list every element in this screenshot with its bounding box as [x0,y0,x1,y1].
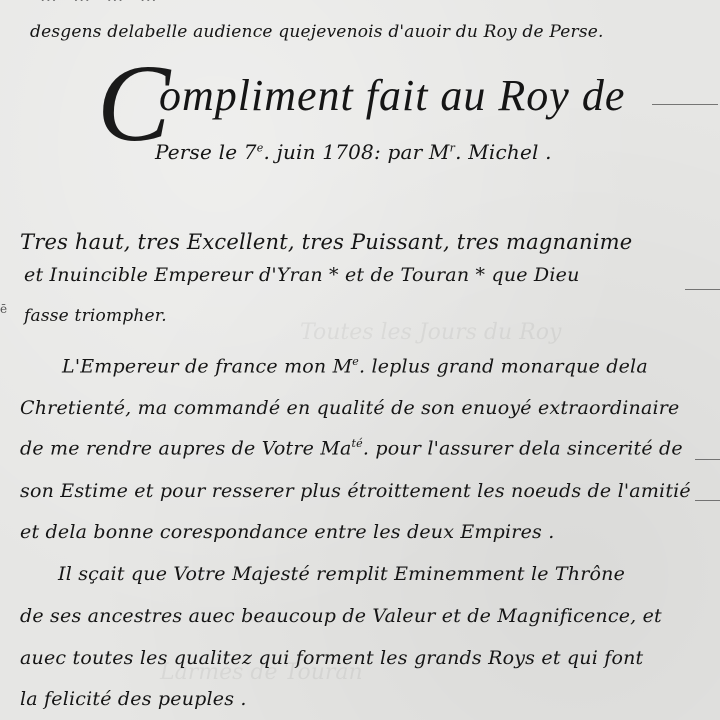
paragraph-line: L'Empereur de france mon Me. leplus gran… [62,355,648,377]
paragraph-line: Il sçait que Votre Majesté remplit Emine… [58,563,625,585]
address-line: Tres haut, tres Excellent, tres Puissant… [20,230,632,254]
margin-mark: ē [0,302,7,316]
previous-paragraph-end: desgens delabelle audience quejevenois d… [30,22,604,42]
paragraph-line: auec toutes les qualitez qui forment les… [20,647,643,669]
line-filler-rule [695,459,720,460]
bleed-through-text: Toutes les Jours du Roy [300,320,561,345]
document-subtitle: Perse le 7e. juin 1708: par Mr. Michel . [155,140,552,164]
line-filler-rule [695,500,720,501]
paragraph-line: la felicité des peuples . [20,688,247,710]
paragraph-line: de me rendre aupres de Votre Maté. pour … [20,437,683,459]
document-title: C ompliment fait au Roy de [115,70,625,121]
manuscript-page: Toutes les Jours du Roy Larmes de Touran… [0,0,720,720]
address-line: et Inuincible Empereur d'Yran * et de To… [24,264,580,286]
line-filler-rule [685,289,720,290]
address-line: fasse triompher. [24,306,167,326]
paragraph-line: Chretienté, ma commandé en qualité de so… [20,397,680,419]
paragraph-line: et dela bonne corespondance entre les de… [20,521,554,543]
line-filler-rule [652,104,718,105]
paragraph-line: son Estime et pour resserer plus étroitt… [20,480,691,502]
paragraph-line: de ses ancestres auec beaucoup de Valeur… [20,605,662,627]
title-text: ompliment fait au Roy de [159,71,625,120]
cut-off-previous-line: … ' … ' … ' … [40,0,157,6]
